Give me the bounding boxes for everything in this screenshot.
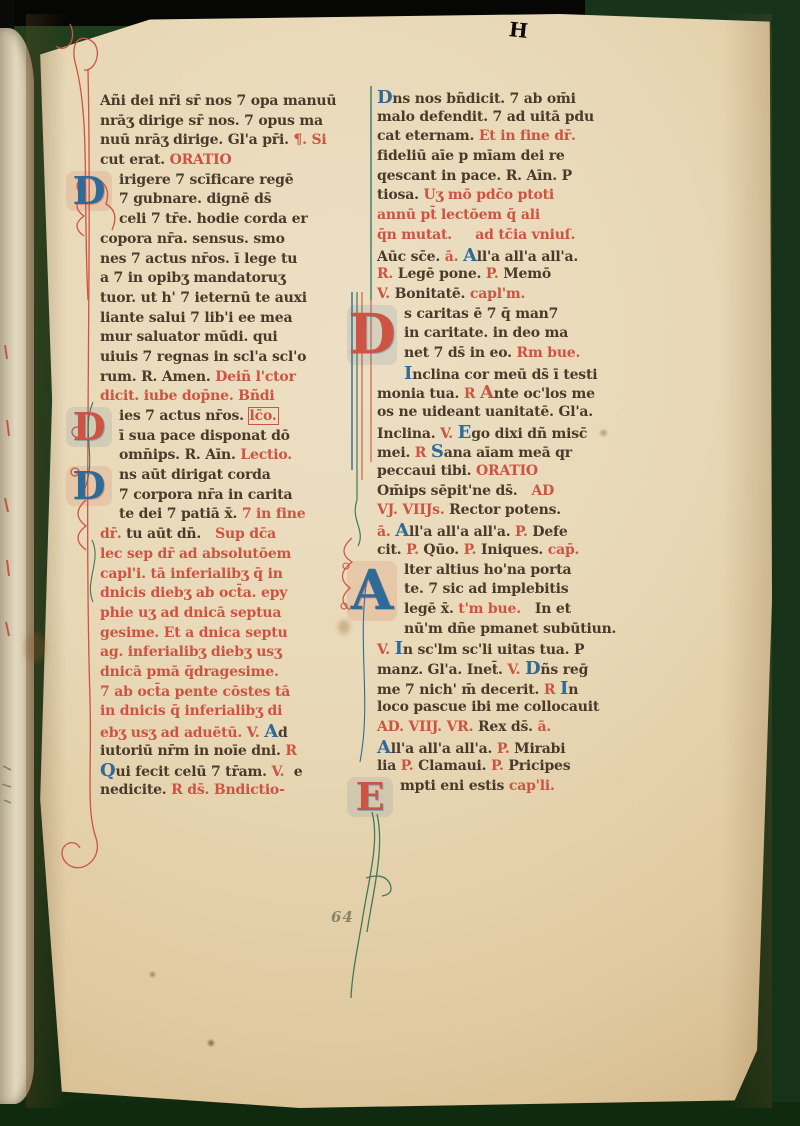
text-segment: cap̄.	[548, 542, 579, 558]
text-segment: a 7 in opibʒ mandatoruʒ	[100, 270, 286, 286]
text-column-right: Dns nos bñdicit. 7 ab om̄imalo defendit.…	[377, 88, 679, 817]
text-line: dicit. iube dop̄ne. Bñdi	[100, 387, 348, 407]
text-segment: uiuis 7 regnas in scl'a scl'o	[100, 349, 306, 365]
text-line: os ne uideant uanitatē. Gl'a.	[377, 403, 679, 423]
text-segment: n sc'lm sc'li uitas tua. P	[403, 642, 585, 658]
illuminated-initial: A	[347, 561, 397, 621]
text-line: loco pascue ibi me collocauit	[377, 698, 679, 718]
text-segment: liante salui 7 lib'i ee mea	[100, 310, 292, 326]
text-segment: dnicā pmā q̄dragesime.	[100, 664, 279, 680]
text-segment: AD	[531, 483, 554, 499]
text-segment: R ds̄.	[171, 782, 214, 798]
text-segment: ns aūt dirigat corda	[119, 467, 271, 483]
text-segment: lc̄o.	[249, 408, 278, 424]
text-line: omn̄ips. R. Aīn. Lectio.	[100, 446, 348, 466]
text-segment: Aūc sc̄e.	[377, 249, 445, 265]
text-segment: rum. R. Amen.	[100, 369, 215, 385]
text-segment: Lectio.	[240, 447, 292, 463]
text-line: All'a all'a all'a. P. Mirabi	[377, 738, 679, 758]
text-segment: P.	[401, 758, 418, 774]
text-segment: fideliū aīe p mīam dei re	[377, 148, 565, 164]
text-segment: nedicite.	[100, 782, 171, 798]
text-segment: Mirabi	[514, 741, 565, 757]
text-segment: Pricipes	[508, 758, 570, 774]
text-segment: d	[278, 725, 288, 741]
text-segment: net 7 ds̄ in eo.	[404, 345, 517, 361]
text-segment: tu aūt dn̄.	[126, 526, 206, 542]
text-segment: iutoriū nr̄m in noīe dni.	[100, 743, 285, 759]
text-segment: S	[431, 441, 444, 462]
text-segment: I	[560, 678, 568, 699]
text-segment: Inclina.	[377, 426, 440, 442]
text-segment: in dnicis q̄ inferialibʒ di	[100, 703, 282, 719]
text-segment: celi 7 tr̄e. hodie corda er	[119, 211, 308, 227]
text-segment: ies 7 actus nr̄os.	[119, 408, 249, 424]
text-segment: Sup dc̄a	[206, 526, 276, 542]
text-segment: ns nos bñdicit. 7 ab om̄i	[392, 91, 575, 107]
text-line: 7 ab oct̄a pente cōstes tā	[100, 683, 348, 703]
text-line: Añi dei nr̄i sr̄ nos 7 opa manuū	[100, 92, 348, 112]
text-segment: Defe	[532, 524, 567, 540]
text-line: ns aūt dirigat corda	[100, 466, 348, 486]
previous-page-edge	[0, 28, 34, 1104]
text-segment: irigere 7 scīficare regē	[119, 172, 293, 188]
text-line: dr̄. tu aūt dn̄. Sup dc̄a	[100, 525, 348, 545]
text-segment: me 7 nich' m̄ decerit.	[377, 682, 544, 698]
text-segment: cap'li.	[509, 778, 555, 794]
text-segment: peccaui tibi.	[377, 463, 476, 479]
text-segment: nū'm dñe pmanet subūtiun.	[404, 621, 616, 637]
text-segment: ll'a all'a all'a.	[409, 524, 515, 540]
text-segment: Iniques.	[481, 542, 548, 558]
text-segment: ebʒ usʒ ad aduētū. V.	[100, 725, 264, 741]
text-segment: cit.	[377, 542, 406, 558]
text-segment: P.	[497, 741, 514, 757]
text-segment: Memō	[503, 266, 551, 282]
text-segment: R	[415, 445, 431, 461]
text-segment: tiosa.	[377, 187, 423, 203]
text-line: nrāʒ dirige sr̄ nos. 7 opus ma	[100, 112, 348, 132]
text-segment: A	[480, 382, 494, 403]
text-segment: Et in fine dr̄.	[479, 128, 576, 144]
text-segment: V.	[507, 662, 525, 678]
illuminated-initial: D	[66, 407, 112, 447]
text-line: ā. All'a all'a all'a. P. Defe	[377, 521, 679, 541]
text-line: te. 7 sic ad implebitis	[377, 580, 679, 600]
illuminated-initial: D	[66, 466, 112, 506]
text-line: lec sep dr̄ ad absolutōem	[100, 545, 348, 565]
text-segment: R	[285, 743, 296, 759]
text-segment: nclina cor meū ds̄ ī testi	[412, 367, 597, 383]
text-line: qescant in pace. R. Aīn. P	[377, 167, 679, 187]
text-segment: ā.	[538, 719, 552, 735]
text-line: Qui fecit celū 7 tr̄am. V. e	[100, 761, 348, 781]
text-line: s caritas ē 7 q̄ man7	[377, 305, 679, 325]
text-segment: 7 gubnare. dignē ds̄	[119, 191, 271, 207]
text-line: lia P. Clamaui. P. Pricipes	[377, 757, 679, 777]
text-segment: Rector potens.	[449, 502, 561, 518]
text-line: VJ. VIIJs. Rector potens.	[377, 501, 679, 521]
text-segment: n	[568, 682, 578, 698]
text-segment: P.	[486, 266, 503, 282]
text-segment: V.	[440, 426, 458, 442]
text-line: Dns nos bñdicit. 7 ab om̄i	[377, 88, 679, 108]
text-segment: P.	[515, 524, 532, 540]
text-line: ebʒ usʒ ad aduētū. V. Ad	[100, 722, 348, 742]
text-line: celi 7 tr̄e. hodie corda er	[100, 210, 348, 230]
text-segment: nte oc'los me	[494, 386, 595, 402]
text-line: manz. Gl'a. Inet̄. V. Dñs reḡ	[377, 659, 679, 679]
text-segment: nrāʒ dirige sr̄ nos. 7 opus ma	[100, 113, 323, 129]
text-line: net 7 ds̄ in eo. Rm bue.	[377, 344, 679, 364]
text-column-left: Añi dei nr̄i sr̄ nos 7 opa manuūnrāʒ dir…	[100, 92, 348, 801]
text-segment: gesime. Et a dnica septu	[100, 625, 288, 641]
text-segment: cat eternam.	[377, 128, 479, 144]
text-segment: ll'a all'a all'a.	[391, 741, 497, 757]
text-line: nū'm dñe pmanet subūtiun.	[377, 620, 679, 640]
text-segment: P	[562, 168, 572, 184]
text-segment: cut erat.	[100, 152, 170, 168]
text-line: ies 7 actus nr̄os. lc̄o.	[100, 407, 348, 427]
text-segment: Rm bue.	[517, 345, 581, 361]
text-segment: ORATIO	[476, 463, 538, 479]
text-line: capl'i. tā inferialibʒ q̄ in	[100, 565, 348, 585]
text-segment: P.	[491, 758, 508, 774]
text-segment: I	[395, 638, 403, 659]
text-segment: monia tua.	[377, 386, 464, 402]
text-segment: lia	[377, 758, 401, 774]
illuminated-initial: D	[347, 305, 397, 365]
text-segment: tuor. ut h' 7 ieternū te auxi	[100, 290, 307, 306]
text-segment: omn̄ips. R. Aīn.	[119, 447, 240, 463]
manuscript-photo: Añi dei nr̄i sr̄ nos 7 opa manuūnrāʒ dir…	[0, 0, 800, 1126]
text-segment: I	[404, 363, 412, 384]
text-line: peccaui tibi. ORATIO	[377, 462, 679, 482]
text-segment: Om̄ips sēpit'ne ds̄.	[377, 483, 531, 499]
text-segment: V.	[377, 642, 395, 658]
text-segment: Legē pone.	[398, 266, 486, 282]
text-line: nes 7 actus nr̄os. ī lege tu	[100, 250, 348, 270]
text-line: cat eternam. Et in fine dr̄.	[377, 127, 679, 147]
text-segment: ORATIO	[170, 152, 232, 168]
text-segment: legē x̄.	[404, 601, 458, 617]
text-line: nedicite. R ds̄. Bndictio-	[100, 781, 348, 801]
text-line: Inclina cor meū ds̄ ī testi	[377, 364, 679, 384]
text-line: monia tua. R Ante oc'los me	[377, 383, 679, 403]
text-line: a 7 in opibʒ mandatoruʒ	[100, 269, 348, 289]
text-segment: 7 ab oct̄a pente cōstes tā	[100, 684, 290, 700]
text-line: rum. R. Amen. Deiñ l'ctor	[100, 368, 348, 388]
text-line: mpti eni estis cap'li.	[377, 777, 679, 797]
text-line: phie uʒ ad dnicā septua	[100, 604, 348, 624]
text-segment: capl'm.	[470, 286, 525, 302]
text-line: Om̄ips sēpit'ne ds̄. AD	[377, 482, 679, 502]
text-segment: Qūo.	[423, 542, 463, 558]
text-line: Inclina. V. Ego dixi dñ misc̄	[377, 423, 679, 443]
text-line: gesime. Et a dnica septu	[100, 624, 348, 644]
text-line: dnicā pmā q̄dragesime.	[100, 663, 348, 683]
text-segment: V.	[271, 764, 284, 780]
text-segment: malo defendit. 7 ad uitā pdu	[377, 109, 594, 125]
text-segment: dnicis diebʒ ab oct̄a. epy	[100, 585, 287, 601]
text-line: tiosa. Uʒ mō pdc̄o ptoti	[377, 186, 679, 206]
text-segment: in caritate. in deo ma	[404, 325, 568, 341]
text-segment: V.	[377, 286, 395, 302]
text-line: V. Bonitatē. capl'm.	[377, 285, 679, 305]
text-line: mur saluator mūdi. qui	[100, 328, 348, 348]
text-segment: Rex ds̄.	[478, 719, 538, 735]
text-segment: VJ. VIIJs.	[377, 502, 449, 518]
text-line: Aūc sc̄e. ā. All'a all'a all'a.	[377, 246, 679, 266]
text-segment: Bonitatē.	[395, 286, 470, 302]
text-line: in caritate. in deo ma	[377, 324, 679, 344]
text-segment: P.	[406, 542, 423, 558]
text-segment: R	[464, 386, 480, 402]
text-segment: 7 corpora nr̄a in carita	[119, 487, 292, 503]
text-line: te dei 7 patiā x̄. 7 in fine	[100, 505, 348, 525]
text-segment: ñs reḡ	[540, 662, 588, 678]
text-segment: 7 in fine	[242, 506, 306, 522]
text-segment: ana aīam meā qr	[444, 445, 572, 461]
text-segment: ī sua pace disponat dō	[119, 428, 290, 444]
text-segment: D	[377, 87, 392, 108]
text-segment: ¶. Si	[293, 132, 326, 148]
text-line: V. In sc'lm sc'li uitas tua. P	[377, 639, 679, 659]
text-line: liante salui 7 lib'i ee mea	[100, 309, 348, 329]
illuminated-initial: E	[347, 777, 393, 817]
text-segment: ui fecit celū 7 tr̄am.	[115, 764, 271, 780]
text-segment: lec sep dr̄ ad absolutōem	[100, 546, 291, 562]
text-line: legē x̄. t'm bue. In et	[377, 600, 679, 620]
text-segment: os ne uideant uanitatē. Gl'a.	[377, 404, 593, 420]
text-segment: nes 7 actus nr̄os. ī lege tu	[100, 251, 297, 267]
text-segment: nuū nrāʒ dirige. Gl'a pr̄i.	[100, 132, 293, 148]
book-cover-right-edge	[772, 0, 800, 1126]
text-line: uiuis 7 regnas in scl'a scl'o	[100, 348, 348, 368]
text-segment: Bndictio-	[214, 782, 285, 798]
text-segment: loco pascue ibi me collocauit	[377, 699, 599, 715]
text-segment: dr̄.	[100, 526, 126, 542]
text-line: 7 gubnare. dignē ds̄	[100, 190, 348, 210]
text-segment: Uʒ mō pdc̄o ptoti	[423, 187, 554, 203]
text-line: iutoriū nr̄m in noīe dni. R	[100, 742, 348, 762]
text-line: ag. inferialibʒ diebʒ usʒ	[100, 643, 348, 663]
text-line: malo defendit. 7 ad uitā pdu	[377, 108, 679, 128]
text-line: me 7 nich' m̄ decerit. R In	[377, 679, 679, 699]
text-segment: dicit. iube dop̄ne. Bñdi	[100, 388, 275, 404]
illuminated-initial: D	[66, 171, 112, 211]
text-segment: lter altius ho'na porta	[404, 562, 571, 578]
text-segment: ll'a all'a all'a.	[477, 249, 578, 265]
text-segment: In et	[526, 601, 571, 617]
text-line: 7 corpora nr̄a in carita	[100, 486, 348, 506]
text-segment: te. 7 sic ad implebitis	[404, 581, 568, 597]
text-line: cut erat. ORATIO	[100, 151, 348, 171]
text-segment: go dixi dñ misc̄	[471, 426, 587, 442]
text-segment: ā.	[377, 524, 395, 540]
text-segment: manz. Gl'a. Inet̄.	[377, 662, 507, 678]
text-segment: AD. VIIJ. VR.	[377, 719, 478, 735]
text-segment: ag. inferialibʒ diebʒ usʒ	[100, 644, 282, 660]
text-segment: te dei 7 patiā x̄.	[119, 506, 242, 522]
text-segment: e	[284, 764, 302, 780]
text-segment: A	[264, 721, 278, 742]
text-segment: A	[377, 737, 391, 758]
text-segment: phie uʒ ad dnicā septua	[100, 605, 281, 621]
text-segment: Clamaui.	[418, 758, 491, 774]
text-segment: mei.	[377, 445, 415, 461]
text-line: q̄n mutat. ad tc̄ia vniuſ.	[377, 226, 679, 246]
folio-number-pencil: 64	[331, 908, 354, 926]
text-line: mei. R Sana aīam meā qr	[377, 442, 679, 462]
text-segment: annū pt̄ lectōem q̄ ali	[377, 207, 540, 223]
text-line: AD. VIIJ. VR. Rex ds̄. ā.	[377, 718, 679, 738]
top-ink-mark: H	[508, 17, 529, 43]
text-segment: P.	[464, 542, 481, 558]
text-segment: E	[458, 422, 472, 443]
text-line: fideliū aīe p mīam dei re	[377, 147, 679, 167]
text-segment: R.	[377, 266, 398, 282]
text-segment: qescant in pace. R. Aīn.	[377, 168, 562, 184]
text-line: copora nr̄a. sensus. smo	[100, 230, 348, 250]
text-segment: R	[544, 682, 560, 698]
text-segment: A	[395, 520, 409, 541]
text-line: ī sua pace disponat dō	[100, 427, 348, 447]
text-segment: Añi dei nr̄i sr̄ nos 7 opa manuū	[100, 93, 336, 109]
text-segment: mur saluator mūdi. qui	[100, 329, 278, 345]
text-segment: q̄n mutat. ad tc̄ia vniuſ.	[377, 227, 575, 243]
text-line: irigere 7 scīficare regē	[100, 171, 348, 191]
text-line: tuor. ut h' 7 ieternū te auxi	[100, 289, 348, 309]
text-segment: Q	[100, 760, 115, 781]
text-line: R. Legē pone. P. Memō	[377, 265, 679, 285]
text-segment: t'm bue.	[458, 601, 525, 617]
text-segment: Deiñ l'ctor	[215, 369, 296, 385]
text-line: in dnicis q̄ inferialibʒ di	[100, 702, 348, 722]
text-line: nuū nrāʒ dirige. Gl'a pr̄i. ¶. Si	[100, 131, 348, 151]
text-line: lter altius ho'na porta	[377, 561, 679, 581]
text-segment: capl'i. tā inferialibʒ q̄ in	[100, 566, 283, 582]
text-line: annū pt̄ lectōem q̄ ali	[377, 206, 679, 226]
text-segment: s caritas ē 7 q̄ man7	[404, 306, 558, 322]
text-segment: A	[463, 245, 477, 266]
text-line: cit. P. Qūo. P. Iniques. cap̄.	[377, 541, 679, 561]
text-line: dnicis diebʒ ab oct̄a. epy	[100, 584, 348, 604]
text-segment: mpti eni estis	[400, 778, 509, 794]
text-segment: D	[525, 658, 540, 679]
text-segment: ā.	[445, 249, 463, 265]
text-segment: copora nr̄a. sensus. smo	[100, 231, 285, 247]
